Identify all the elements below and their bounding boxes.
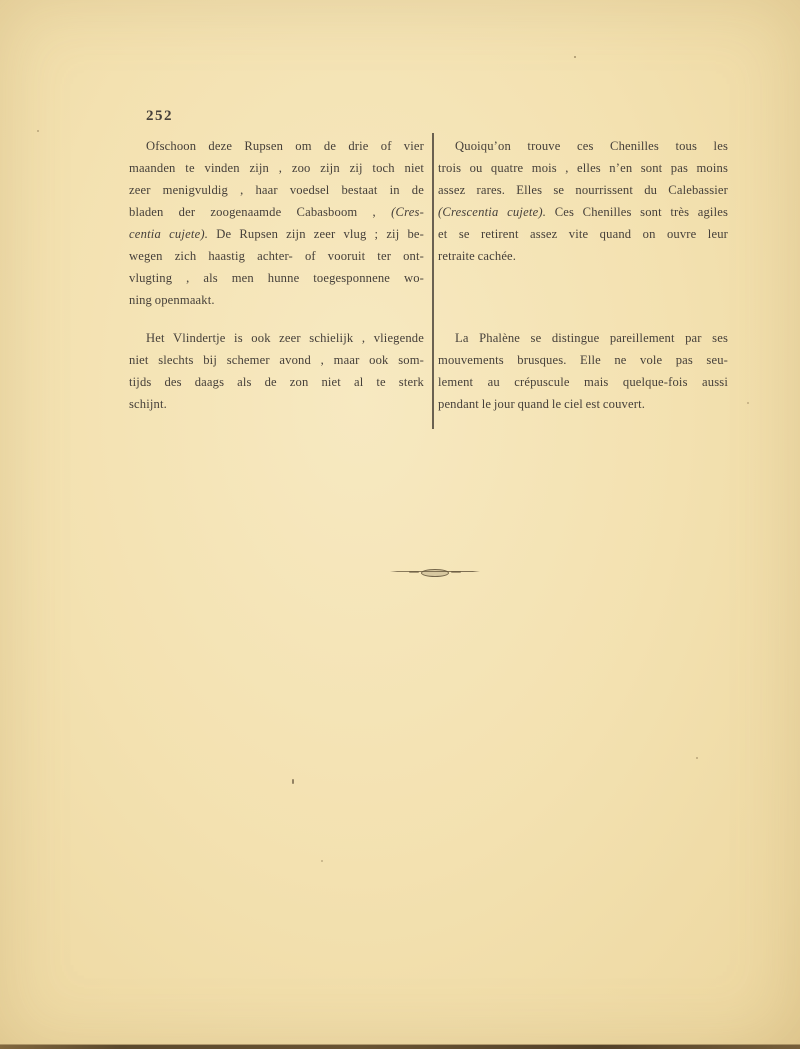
- text-line: assez rares. Elles se nourrissent du Cal…: [438, 179, 728, 201]
- text-line: Quoiqu’on trouve ces Chenilles tous les: [438, 135, 728, 157]
- paper-speck: [696, 757, 698, 759]
- text-line: vlugting , als men hunne toegesponnene w…: [129, 267, 424, 289]
- text-line: bladen der zoogenaamde Cabasboom , (Cres…: [129, 201, 424, 223]
- french-paragraph-2: La Phalène se distingue pareillement par…: [438, 327, 728, 415]
- text-line: mouvements brusques. Elle ne vole pas se…: [438, 349, 728, 371]
- paper-speck: [747, 402, 749, 404]
- column-divider-rule: [432, 133, 434, 429]
- text-line: zeer menigvuldig , haar voedsel bestaat …: [129, 179, 424, 201]
- column-dutch: Ofschoon deze Rupsen om de drie of vierm…: [129, 135, 424, 565]
- text-line: retraite cachée.: [438, 245, 728, 267]
- text-line: tijds des daags als de zon niet al te st…: [129, 371, 424, 393]
- text-line: trois ou quatre mois , elles n’en sont p…: [438, 157, 728, 179]
- page-bottom-scan-edge: [0, 1045, 800, 1049]
- text-line: maanden te vinden zijn , zoo zijn zij to…: [129, 157, 424, 179]
- french-paragraph-1: Quoiqu’on trouve ces Chenilles tous lest…: [438, 135, 728, 267]
- ornament-tick-left: [409, 571, 419, 573]
- book-page: 252 Ofschoon deze Rupsen om de drie of v…: [0, 0, 800, 1049]
- text-line: Ofschoon deze Rupsen om de drie of vier: [129, 135, 424, 157]
- text-line: ning openmaakt.: [129, 289, 424, 311]
- dutch-paragraph-1: Ofschoon deze Rupsen om de drie of vierm…: [129, 135, 424, 311]
- text-line: (Crescentia cujete). Ces Chenilles sont …: [438, 201, 728, 223]
- text-line: centia cujete). De Rupsen zijn zeer vlug…: [129, 223, 424, 245]
- text-line: pendant le jour quand le ciel est couver…: [438, 393, 728, 415]
- text-line: et se retirent assez vite quand on ouvre…: [438, 223, 728, 245]
- text-line: La Phalène se distingue pareillement par…: [438, 327, 728, 349]
- paper-speck: [321, 860, 323, 862]
- text-line: wegen zich haastig achter- of vooruit te…: [129, 245, 424, 267]
- ornament-tick-right: [451, 571, 461, 573]
- text-line: niet slechts bij schemer avond , maar oo…: [129, 349, 424, 371]
- page-number: 252: [146, 108, 173, 125]
- text-line: Het Vlindertje is ook zeer schielijk , v…: [129, 327, 424, 349]
- dutch-paragraph-2: Het Vlindertje is ook zeer schielijk , v…: [129, 327, 424, 415]
- column-french: Quoiqu’on trouve ces Chenilles tous lest…: [438, 135, 728, 565]
- paper-speck: [574, 56, 576, 58]
- text-line: schijnt.: [129, 393, 424, 415]
- paper-speck: [37, 130, 39, 132]
- ornament-center-lens: [421, 569, 449, 577]
- text-line: lement au crépuscule mais quelque-fois a…: [438, 371, 728, 393]
- paper-speck: [292, 779, 294, 784]
- section-divider-ornament: [390, 565, 480, 578]
